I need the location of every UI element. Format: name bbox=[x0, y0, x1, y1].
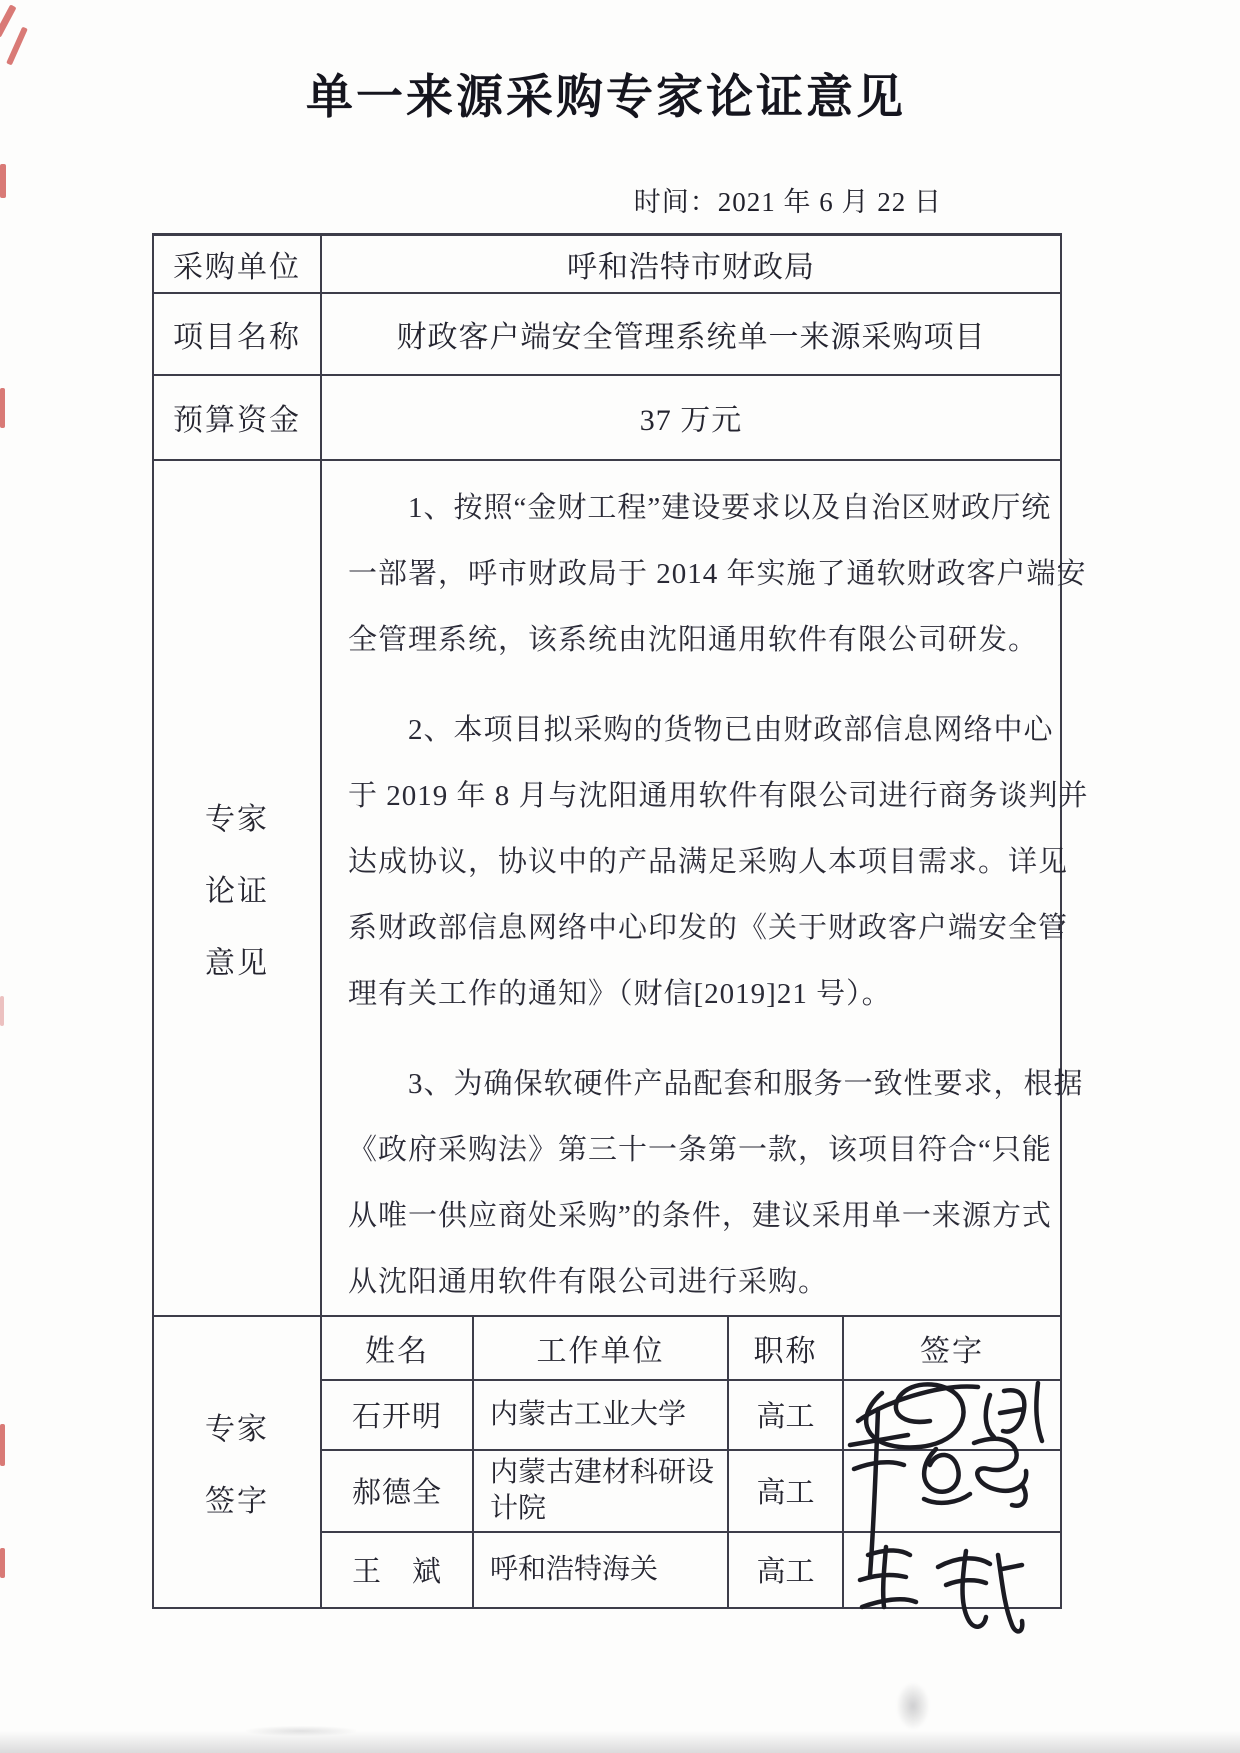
table-row: 采购单位 呼和浩特市财政局 bbox=[153, 235, 1061, 293]
scan-artifact-bottom-shadow bbox=[0, 1731, 1240, 1753]
opinion-paragraph-2: 2、本项目拟采购的货物已由财政部信息网络中心 于 2019 年 8 月与沈阳通用… bbox=[348, 697, 1052, 1027]
expert-name: 石开明 bbox=[321, 1380, 473, 1450]
opinion-text-line: 1、按照“金财工程”建设要求以及自治区财政厅统 bbox=[348, 475, 1052, 541]
expert-signature-cell bbox=[843, 1450, 1061, 1532]
scan-artifact-smudge bbox=[896, 1682, 930, 1730]
opinion-text-line: 从沈阳通用软件有限公司进行采购。 bbox=[348, 1249, 1052, 1315]
scan-artifact-red-mark bbox=[0, 1424, 5, 1466]
column-header-signature: 签字 bbox=[843, 1316, 1061, 1380]
column-header-organization: 工作单位 bbox=[473, 1316, 728, 1380]
table-row: 专家 签字 姓名 工作单位 职称 签字 bbox=[153, 1316, 1061, 1380]
expert-opinion-label: 专家 论证 意见 bbox=[153, 460, 321, 1316]
opinion-text-line: 一部署，呼市财政局于 2014 年实施了通软财政客户端安 bbox=[348, 541, 1052, 607]
expert-title: 高工 bbox=[728, 1532, 843, 1608]
expert-opinion-label-line: 论证 bbox=[205, 866, 269, 910]
table-row: 项目名称 财政客户端安全管理系统单一来源采购项目 bbox=[153, 293, 1061, 375]
document-date: 时间：2021 年 6 月 22 日 bbox=[152, 180, 1060, 219]
opinion-text-line: 理有关工作的通知》（财信[2019]21 号）。 bbox=[348, 961, 1052, 1027]
field-value-purchasing-unit: 呼和浩特市财政局 bbox=[321, 235, 1061, 293]
field-value-project-name: 财政客户端安全管理系统单一来源采购项目 bbox=[321, 293, 1061, 375]
field-value-budget: 37 万元 bbox=[321, 375, 1061, 460]
opinion-text-line: 3、为确保软硬件产品配套和服务一致性要求，根据 bbox=[348, 1051, 1052, 1117]
table-row: 预算资金 37 万元 bbox=[153, 375, 1061, 460]
expert-organization: 呼和浩特海关 bbox=[473, 1532, 728, 1608]
opinion-text-line: 全管理系统，该系统由沈阳通用软件有限公司研发。 bbox=[348, 607, 1052, 673]
expert-name: 王 斌 bbox=[321, 1532, 473, 1608]
scan-artifact-red-mark bbox=[6, 27, 28, 66]
scan-artifact-red-mark bbox=[0, 388, 5, 428]
field-label-project-name: 项目名称 bbox=[153, 293, 321, 375]
expert-signature-label-line: 专家 bbox=[205, 1404, 269, 1448]
column-header-name: 姓名 bbox=[321, 1316, 473, 1380]
scan-artifact-red-mark bbox=[0, 1548, 5, 1578]
expert-opinion-label-line: 意见 bbox=[205, 938, 269, 982]
expert-signature-cell bbox=[843, 1380, 1061, 1450]
expert-signature-label: 专家 签字 bbox=[153, 1316, 321, 1608]
column-header-title: 职称 bbox=[728, 1316, 843, 1380]
expert-title: 高工 bbox=[728, 1380, 843, 1450]
table-row: 专家 论证 意见 1、按照“金财工程”建设要求以及自治区财政厅统 一部署，呼市财… bbox=[153, 460, 1061, 1316]
opinion-text-line: 2、本项目拟采购的货物已由财政部信息网络中心 bbox=[348, 697, 1052, 763]
expert-signature-cell bbox=[843, 1532, 1061, 1608]
field-label-budget: 预算资金 bbox=[153, 375, 321, 460]
expert-opinion-text: 1、按照“金财工程”建设要求以及自治区财政厅统 一部署，呼市财政局于 2014 … bbox=[321, 460, 1061, 1316]
opinion-text-line: 《政府采购法》第三十一条第一款，该项目符合“只能 bbox=[348, 1117, 1052, 1183]
opinion-paragraph-1: 1、按照“金财工程”建设要求以及自治区财政厅统 一部署，呼市财政局于 2014 … bbox=[348, 475, 1052, 673]
opinion-paragraph-3: 3、为确保软硬件产品配套和服务一致性要求，根据 《政府采购法》第三十一条第一款，… bbox=[348, 1051, 1052, 1315]
opinion-text-line: 于 2019 年 8 月与沈阳通用软件有限公司进行商务谈判并 bbox=[348, 763, 1052, 829]
expert-signature-label-line: 签字 bbox=[205, 1476, 269, 1520]
expert-opinion-label-line: 专家 bbox=[205, 794, 269, 838]
opinion-text-line: 系财政部信息网络中心印发的《关于财政客户端安全管 bbox=[348, 895, 1052, 961]
opinion-text-line: 从唯一供应商处采购”的条件，建议采用单一来源方式 bbox=[348, 1183, 1052, 1249]
scanned-document-page: 单一来源采购专家论证意见 时间：2021 年 6 月 22 日 采购单位 呼和浩… bbox=[0, 0, 1240, 1753]
scan-artifact-red-mark bbox=[0, 996, 4, 1026]
signature-wang-bin-handwriting bbox=[850, 1525, 1034, 1643]
expert-name: 郝德全 bbox=[321, 1450, 473, 1532]
expert-organization: 内蒙古工业大学 bbox=[473, 1380, 728, 1450]
opinion-table: 采购单位 呼和浩特市财政局 项目名称 财政客户端安全管理系统单一来源采购项目 预… bbox=[152, 233, 1062, 1609]
expert-title: 高工 bbox=[728, 1450, 843, 1532]
field-label-purchasing-unit: 采购单位 bbox=[153, 235, 321, 293]
scan-artifact-red-mark bbox=[0, 164, 6, 198]
opinion-text-line: 达成协议，协议中的产品满足采购人本项目需求。详见 bbox=[348, 829, 1052, 895]
expert-organization: 内蒙古建材科研设计院 bbox=[473, 1450, 728, 1532]
document-title: 单一来源采购专家论证意见 bbox=[152, 60, 1060, 127]
scan-artifact-red-mark bbox=[0, 4, 17, 37]
